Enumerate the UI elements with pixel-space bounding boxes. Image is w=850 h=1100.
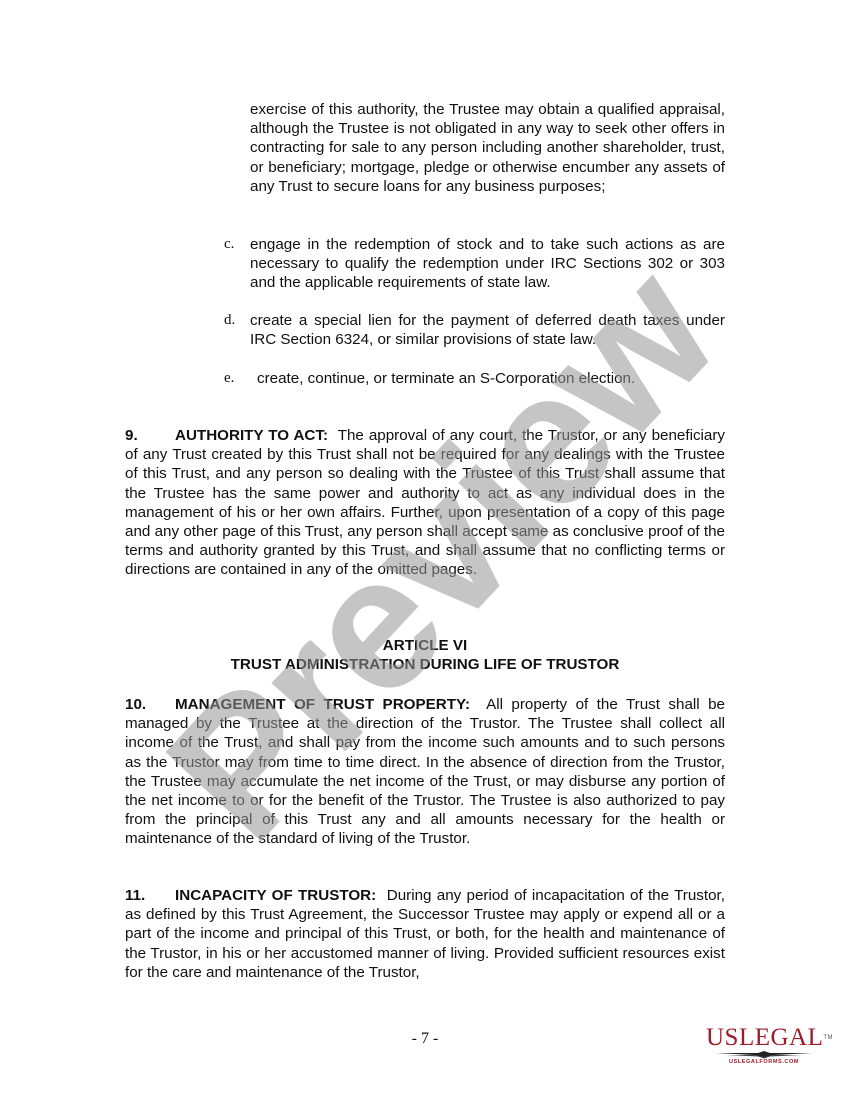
article-number: ARTICLE VI: [125, 636, 725, 655]
section-number: 10.: [125, 695, 175, 714]
logo-word-text: USLEGAL: [706, 1024, 823, 1051]
eagle-icon: [714, 1050, 814, 1059]
article-heading: ARTICLE VI TRUST ADMINISTRATION DURING L…: [125, 636, 725, 674]
sub-item-marker: e.: [224, 369, 234, 388]
sub-item-text: create, continue, or terminate an S-Corp…: [257, 369, 725, 388]
sub-item-e: e. create, continue, or terminate an S-C…: [224, 369, 725, 388]
uslegal-logo[interactable]: USLEGALTM USLEGALFORMS.COM: [706, 1026, 822, 1068]
document-page: exercise of this authority, the Trustee …: [0, 0, 850, 1100]
sub-item-marker: c.: [224, 235, 234, 254]
continuation-paragraph: exercise of this authority, the Trustee …: [250, 100, 725, 196]
sub-item-c: c. engage in the redemption of stock and…: [224, 235, 725, 293]
continuation-text: exercise of this authority, the Trustee …: [250, 101, 725, 195]
section-number: 11.: [125, 886, 175, 905]
logo-url: USLEGALFORMS.COM: [706, 1059, 822, 1066]
sub-item-text: create a special lien for the payment of…: [250, 311, 725, 349]
section-10: 10.MANAGEMENT OF TRUST PROPERTY: All pro…: [125, 695, 725, 849]
sub-item-d: d. create a special lien for the payment…: [224, 311, 725, 349]
logo-wordmark: USLEGALTM: [706, 1026, 822, 1050]
trademark-symbol: TM: [823, 1035, 833, 1041]
sub-item-text: engage in the redemption of stock and to…: [250, 235, 725, 293]
article-title: TRUST ADMINISTRATION DURING LIFE OF TRUS…: [125, 655, 725, 674]
section-11: 11.INCAPACITY OF TRUSTOR: During any per…: [125, 886, 725, 982]
section-heading: INCAPACITY OF TRUSTOR:: [175, 887, 376, 904]
sub-item-marker: d.: [224, 311, 235, 330]
section-number: 9.: [125, 426, 175, 445]
section-heading: MANAGEMENT OF TRUST PROPERTY:: [175, 696, 470, 713]
section-text: The approval of any court, the Trustor, …: [125, 427, 725, 578]
section-text: All property of the Trust shall be manag…: [125, 696, 725, 847]
section-9: 9.AUTHORITY TO ACT: The approval of any …: [125, 426, 725, 580]
section-heading: AUTHORITY TO ACT:: [175, 427, 328, 444]
